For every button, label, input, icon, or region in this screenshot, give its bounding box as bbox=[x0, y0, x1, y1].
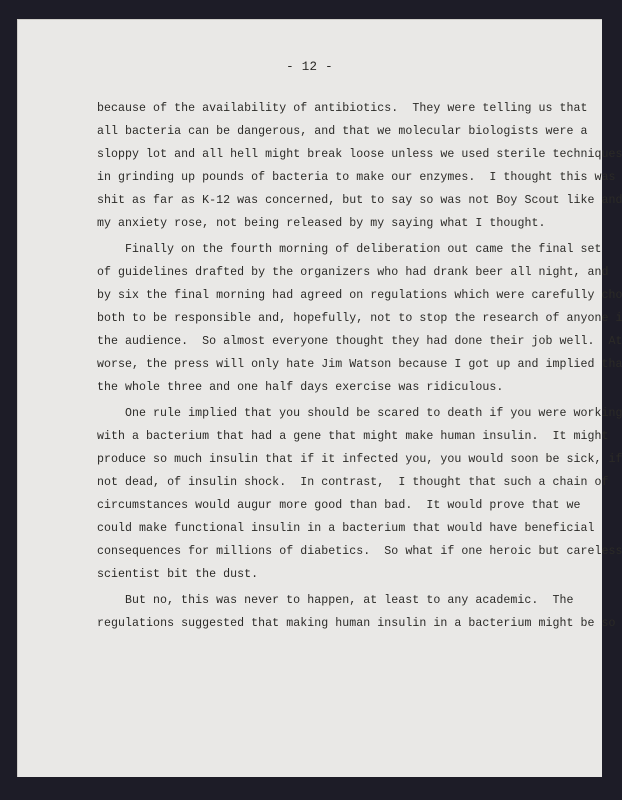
paragraph-1: because of the availability of antibioti… bbox=[97, 97, 597, 235]
text-line: produce so much insulin that if it infec… bbox=[97, 448, 597, 471]
text-line: my anxiety rose, not being released by m… bbox=[97, 212, 597, 235]
text-line: consequences for millions of diabetics. … bbox=[97, 540, 597, 563]
text-line: scientist bit the dust. bbox=[97, 563, 597, 586]
text-line: both to be responsible and, hopefully, n… bbox=[97, 307, 597, 330]
text-line: the whole three and one half days exerci… bbox=[97, 376, 597, 399]
text-line: sloppy lot and all hell might break loos… bbox=[97, 143, 597, 166]
text-line: shit as far as K-12 was concerned, but t… bbox=[97, 189, 597, 212]
text-line: in grinding up pounds of bacteria to mak… bbox=[97, 166, 597, 189]
text-line: with a bacterium that had a gene that mi… bbox=[97, 425, 597, 448]
text-line: regulations suggested that making human … bbox=[97, 612, 597, 635]
text-line: by six the final morning had agreed on r… bbox=[97, 284, 597, 307]
paragraph-4: But no, this was never to happen, at lea… bbox=[97, 589, 597, 635]
text-line: because of the availability of antibioti… bbox=[97, 97, 597, 120]
text-line: worse, the press will only hate Jim Wats… bbox=[97, 353, 597, 376]
text-line: not dead, of insulin shock. In contrast,… bbox=[97, 471, 597, 494]
text-line: the audience. So almost everyone thought… bbox=[97, 330, 597, 353]
text-line: But no, this was never to happen, at lea… bbox=[97, 589, 597, 612]
text-line: of guidelines drafted by the organizers … bbox=[97, 261, 597, 284]
paragraph-2: Finally on the fourth morning of deliber… bbox=[97, 238, 597, 399]
paragraph-3: One rule implied that you should be scar… bbox=[97, 402, 597, 586]
page-number: - 12 - bbox=[17, 60, 602, 74]
text-line: One rule implied that you should be scar… bbox=[97, 402, 597, 425]
body-text: because of the availability of antibioti… bbox=[97, 97, 597, 635]
text-line: could make functional insulin in a bacte… bbox=[97, 517, 597, 540]
document-page: - 12 - because of the availability of an… bbox=[17, 19, 602, 777]
text-line: circumstances would augur more good than… bbox=[97, 494, 597, 517]
text-line: all bacteria can be dangerous, and that … bbox=[97, 120, 597, 143]
text-line: Finally on the fourth morning of deliber… bbox=[97, 238, 597, 261]
